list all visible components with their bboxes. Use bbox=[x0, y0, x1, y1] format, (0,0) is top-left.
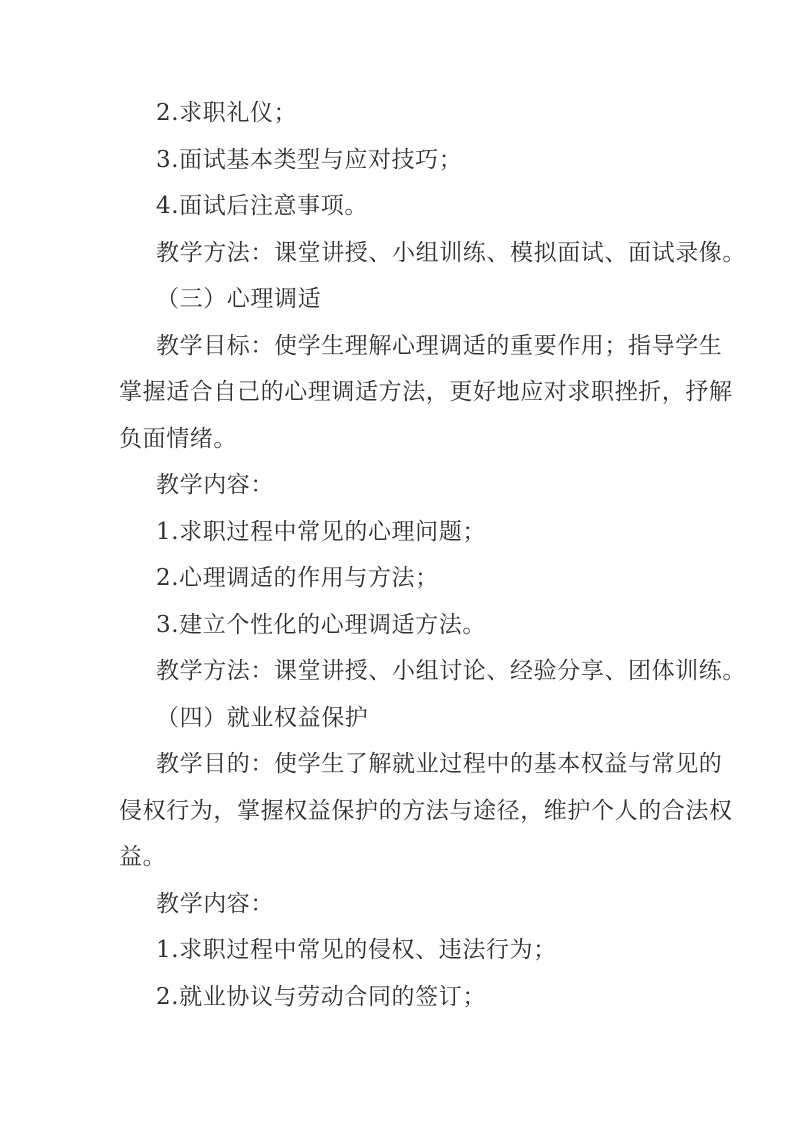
doc-line-numbered-item: 3.建立个性化的心理调适方法。 bbox=[119, 602, 764, 649]
doc-line-numbered-item: 4.面试后注意事项。 bbox=[119, 183, 764, 230]
doc-line-teaching-content-label: 教学内容： bbox=[119, 462, 764, 509]
doc-line-section-heading: （四）就业权益保护 bbox=[119, 695, 764, 742]
doc-line-numbered-item: 3.面试基本类型与应对技巧； bbox=[119, 137, 764, 184]
doc-line-paragraph-first: 教学目的：使学生了解就业过程中的基本权益与常见的 bbox=[119, 741, 764, 788]
document-content: 2.求职礼仪； 3.面试基本类型与应对技巧； 4.面试后注意事项。 教学方法：课… bbox=[119, 90, 764, 1020]
doc-line-paragraph-wrap: 掌握适合自己的心理调适方法，更好地应对求职挫折，抒解 bbox=[119, 369, 764, 416]
doc-line-section-heading: （三）心理调适 bbox=[119, 276, 764, 323]
doc-line-numbered-item: 2.心理调适的作用与方法； bbox=[119, 555, 764, 602]
doc-line-numbered-item: 2.求职礼仪； bbox=[119, 90, 764, 137]
doc-line-teaching-methods: 教学方法：课堂讲授、小组训练、模拟面试、面试录像。 bbox=[119, 230, 764, 277]
doc-line-numbered-item: 1.求职过程中常见的心理问题； bbox=[119, 509, 764, 556]
doc-line-numbered-item: 1.求职过程中常见的侵权、违法行为； bbox=[119, 927, 764, 974]
doc-line-teaching-methods: 教学方法：课堂讲授、小组讨论、经验分享、团体训练。 bbox=[119, 648, 764, 695]
doc-line-paragraph-wrap: 负面情绪。 bbox=[119, 416, 764, 463]
doc-line-numbered-item: 2.就业协议与劳动合同的签订； bbox=[119, 974, 764, 1021]
doc-line-teaching-content-label: 教学内容： bbox=[119, 881, 764, 928]
document-page: 2.求职礼仪； 3.面试基本类型与应对技巧； 4.面试后注意事项。 教学方法：课… bbox=[0, 0, 793, 1122]
doc-line-paragraph-first: 教学目标：使学生理解心理调适的重要作用；指导学生 bbox=[119, 323, 764, 370]
doc-line-paragraph-wrap: 侵权行为，掌握权益保护的方法与途径，维护个人的合法权 bbox=[119, 788, 764, 835]
doc-line-paragraph-wrap: 益。 bbox=[119, 834, 764, 881]
